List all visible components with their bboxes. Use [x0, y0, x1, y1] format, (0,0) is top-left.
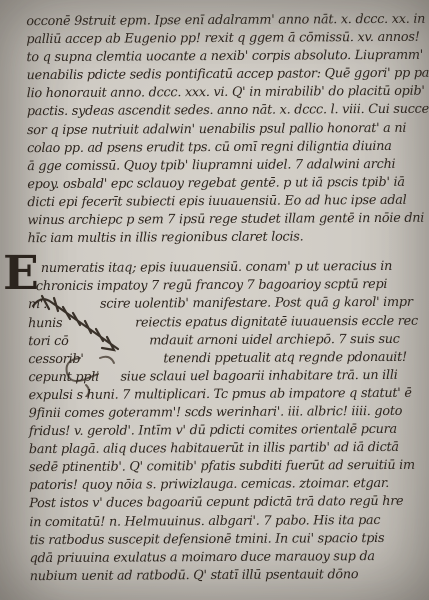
manuscript-line: Post istos v' duces bagoariū cepunt pdic…	[29, 493, 424, 514]
manuscript-line-wrapped: hunis reiectis epatus dignitatē iuuauens…	[28, 312, 423, 333]
manuscript-line-chapter-start: numeratis itaq; epis iuuauensiū. conam' …	[28, 258, 423, 279]
manuscript-line: dicti epi fecerīt subiecti epis iuuauens…	[27, 192, 422, 213]
manuscript-line: patoris! quoy nōia s. priwizlauga. cemic…	[29, 475, 424, 496]
manuscript-line-wrapped: tori cō mdauit arnoni uidel archiepō. 7 …	[28, 330, 423, 351]
manuscript-line: in comitatū! n. Helmuuinus. albgari'. 7 …	[29, 511, 424, 532]
margin-catchword: cepunt ppli	[28, 368, 99, 387]
manuscript-line: winus archiepc p sem 7 ipsū rege studet …	[27, 210, 422, 231]
line-continuation: reiectis epatus dignitatē iuuauensis ecc…	[135, 312, 418, 332]
manuscript-line-wrapped: m'. scire uolentib' manifestare. Post qu…	[28, 294, 423, 315]
manuscript-line: lio honorauit anno. dccc. xxx. vi. Q' in…	[27, 83, 422, 104]
manuscript-line: hīc iam multis in illis regionibus clare…	[28, 228, 423, 249]
manuscript-line-wrapped: cepunt ppli siue sclaui uel bagoarii inh…	[28, 367, 423, 388]
manuscript-line-wrapped: cessorib' tenendi ppetualit atq regnde p…	[28, 348, 423, 369]
manuscript-line: to q supna clemtia uocante a nexib' corp…	[26, 47, 421, 68]
margin-catchword: cessorib'	[28, 350, 83, 368]
manuscript-line: uenabilis pdicte sedis pontificatū accep…	[27, 65, 422, 86]
illuminated-initial-e: E	[3, 252, 39, 296]
manuscript-line: 9finii comes goteramm'! scds werinhari'.…	[29, 403, 424, 424]
manuscript-line: ā gge comissū. Quoy tpib' liupramni uide…	[27, 155, 422, 176]
manuscript-line: tis ratbodus suscepit defensionē tmini. …	[29, 529, 424, 550]
margin-catchword: hunis	[28, 314, 62, 332]
line-continuation: scire uolentib' manifestare. Post quā g …	[100, 294, 413, 314]
line-continuation: siue sclaui uel bagoarii inhabitare trā.…	[120, 367, 397, 387]
manuscript-line: chronicis impatoy 7 regū francoy 7 bagoa…	[28, 276, 423, 297]
manuscript-line: fridus! v. gerold'. Intīm v' dū pdicti c…	[29, 421, 424, 442]
manuscript-line: sedē ptinentib'. Q' comitib' pfatis subd…	[29, 457, 424, 478]
manuscript-line: palliū accep ab Eugenio pp! rexit q ggem…	[26, 29, 421, 50]
manuscript-line: occonē 9struit epm. Ipse enī adalramm' a…	[26, 11, 421, 32]
manuscript-line: colao pp. ad psens erudit tps. cū omī re…	[27, 137, 422, 158]
manuscript-line: expulsi s huni. 7 multiplicari. Tc pmus …	[29, 385, 424, 406]
manuscript-line: nubium uenit ad ratbodū. Q' statī illū p…	[30, 566, 425, 587]
line-continuation: mdauit arnoni uidel archiepō. 7 suis suc	[149, 330, 400, 350]
manuscript-text-block: occonē 9struit epm. Ipse enī adalramm' a…	[0, 0, 429, 600]
manuscript-line: pactis. sydeas ascendit sedes. anno nāt.…	[27, 101, 422, 122]
manuscript-line: epoy. osbald' epc sclauoy regebat gentē.…	[27, 174, 422, 195]
margin-catchword: tori cō	[28, 332, 68, 350]
manuscript-line: qdā priuuina exulatus a moimaro duce mar…	[30, 547, 425, 568]
manuscript-line: sor q ipse nutriuit adalwin' uenabilis p…	[27, 119, 422, 140]
manuscript-line: bant plagā. aliq duces habitauerūt in il…	[29, 439, 424, 460]
line-continuation: tenendi ppetualit atq regnde pdonauit!	[163, 349, 407, 369]
